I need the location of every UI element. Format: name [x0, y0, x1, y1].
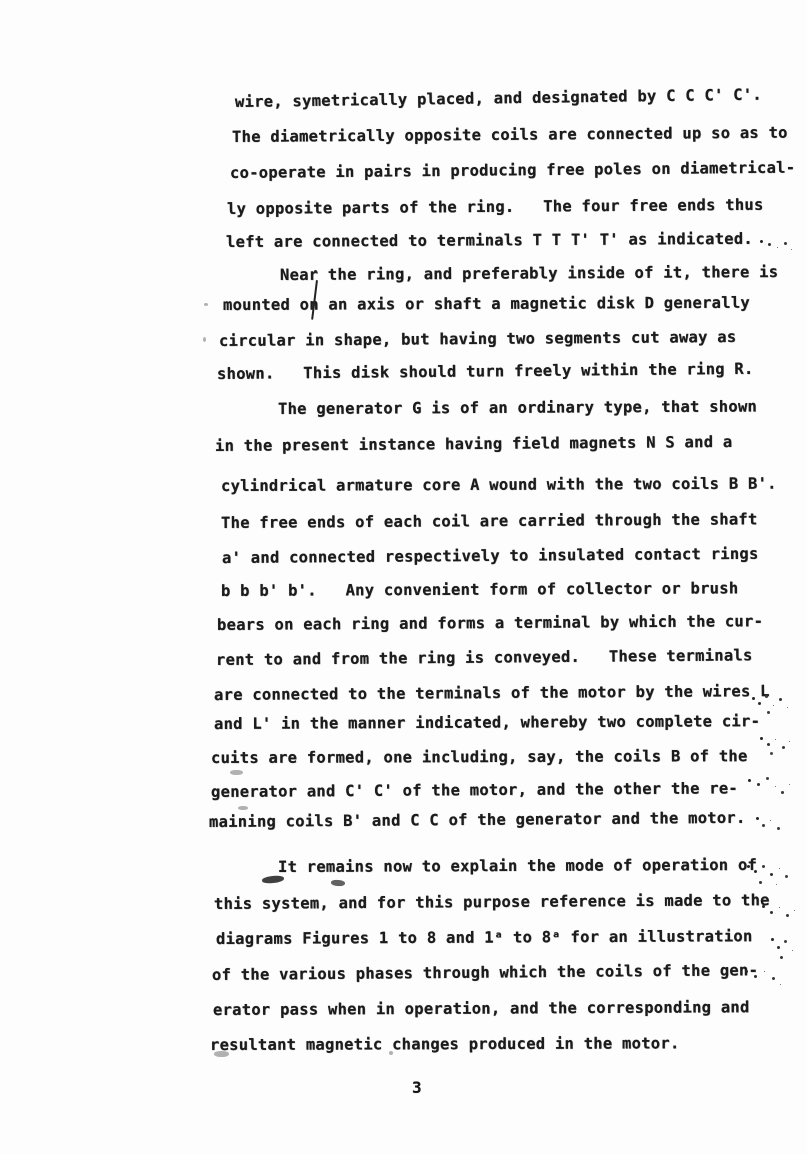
- page-number: 3: [412, 1078, 422, 1097]
- text-line: resultant magnetic changes produced in t…: [210, 1036, 680, 1053]
- text-line: circular in shape, but having two segmen…: [219, 330, 737, 350]
- text-line: shown. This disk should turn freely with…: [217, 362, 754, 383]
- text-line: are connected to the terminals of the mo…: [214, 684, 770, 703]
- text-line: co-operate in pairs in producing free po…: [230, 161, 795, 182]
- text-line: maining coils B' and C C of the generato…: [209, 811, 746, 831]
- text-line: of the various phases through which the …: [212, 963, 758, 983]
- text-line: The generator G is of an ordinary type, …: [278, 399, 757, 417]
- ink-smudge: [230, 770, 243, 775]
- scan-speckles: [745, 970, 748, 973]
- text-line: wire, symetrically placed, and designate…: [235, 88, 762, 111]
- text-line: this system, and for this purpose refere…: [214, 893, 770, 912]
- scan-speckles: [752, 697, 755, 700]
- scan-speckles: [756, 817, 759, 820]
- scan-speckles: [771, 938, 774, 941]
- text-line: It remains now to explain the mode of op…: [278, 858, 757, 876]
- text-line: The free ends of each coil are carried t…: [221, 512, 758, 531]
- text-line: erator pass when in operation, and the c…: [213, 1000, 750, 1018]
- text-line: Near the ring, and preferably inside of …: [280, 265, 778, 284]
- ink-smudge: [214, 1051, 229, 1057]
- ink-smudge: [238, 806, 248, 810]
- text-line: ly opposite parts of the ring. The four …: [227, 198, 764, 218]
- text-line: The diametrically opposite coils are con…: [232, 126, 788, 146]
- scan-speckles: [760, 240, 763, 243]
- text-line: and L' in the manner indicated, whereby …: [214, 714, 760, 732]
- text-line: generator and C' C' of the motor, and th…: [211, 781, 738, 800]
- ink-smudge: [262, 875, 285, 884]
- text-line: mounted on an axis or shaft a magnetic d…: [223, 296, 750, 314]
- ink-dot: [389, 1051, 393, 1055]
- text-line: diagrams Figures 1 to 8 and 1ᵃ to 8ᵃ for…: [216, 929, 753, 947]
- text-line: b b b' b'. Any convenient form of collec…: [221, 581, 738, 599]
- scan-speckles: [762, 905, 765, 908]
- ink-dot: [203, 337, 206, 342]
- text-line: rent to and from the ring is conveyed. T…: [216, 648, 753, 668]
- scan-speckles: [760, 737, 763, 740]
- text-line: cuits are formed, one including, say, th…: [211, 749, 748, 766]
- ink-smudge: [331, 880, 345, 887]
- ink-dot: [204, 303, 208, 306]
- text-line: a' and connected respectively to insulat…: [222, 547, 759, 567]
- scan-speckles: [747, 865, 750, 868]
- text-line: in the present instance having field mag…: [215, 435, 733, 455]
- scan-speckles: [748, 779, 751, 782]
- scanned-typewritten-page: wire, symetrically placed, and designate…: [0, 0, 807, 1154]
- text-line: cylindrical armature core A wound with t…: [221, 477, 777, 495]
- ink-dot: [314, 270, 317, 273]
- text-line: bears on each ring and forms a terminal …: [217, 614, 763, 633]
- text-line: left are connected to terminals T T T' T…: [226, 232, 753, 251]
